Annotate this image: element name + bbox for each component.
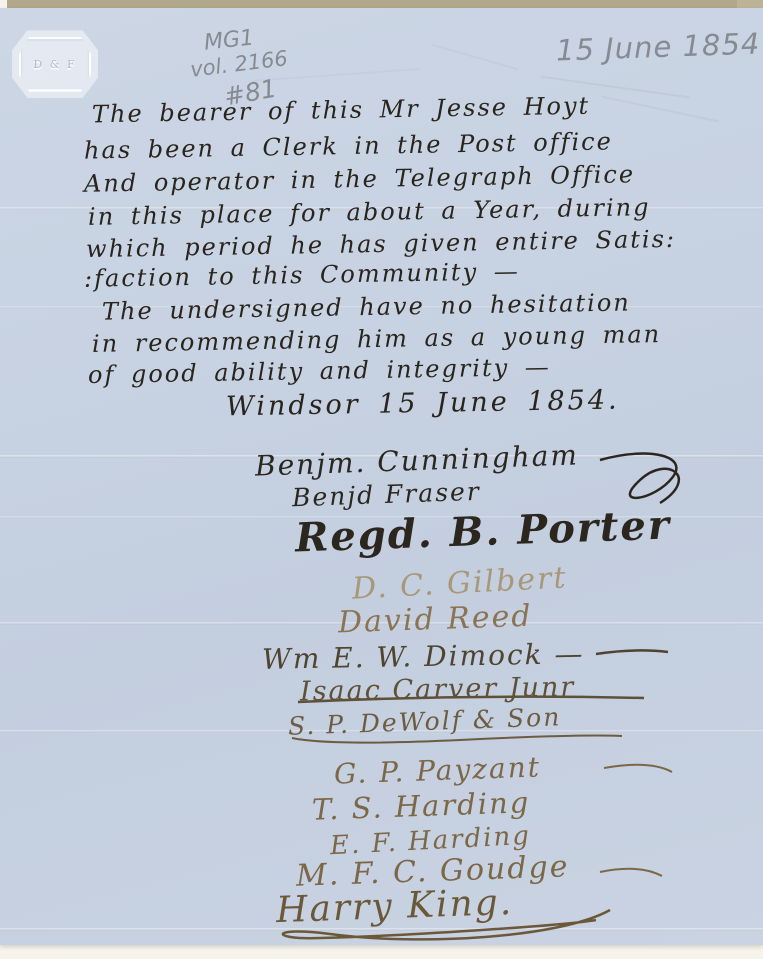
erased-pencil-mark [601, 96, 719, 123]
seal-text: D & F [33, 58, 76, 71]
letter-body-line: which period he has given entire Satis: [86, 225, 676, 263]
flourish-cunningham [600, 454, 679, 503]
signature-fraser: Benjd Fraser [292, 477, 482, 513]
signature-gilbert: D. C. Gilbert [351, 560, 568, 606]
signature-porter: Regd. B. Porter [294, 501, 671, 561]
pencil-date-note: 15 June 1854 [555, 26, 760, 67]
scanned-document: D & F MG1 vol. 2166 #81 15 June 1854 The… [0, 0, 763, 959]
letter-body-line: And operator in the Telegraph Office [84, 160, 635, 198]
letter-body-line: :faction to this Community — [84, 257, 520, 293]
signature-king: Harry King. [275, 882, 513, 931]
flourish-dimock-dash [596, 650, 668, 654]
letter-body-line: in recommending him as a young man [92, 320, 662, 358]
flourish-goudge-tail [600, 869, 662, 876]
paper-fold-line [0, 928, 763, 931]
letter-dateline: Windsor 15 June 1854. [226, 385, 620, 423]
embossed-seal: D & F [12, 30, 98, 98]
signature-reed: David Reed [337, 599, 533, 641]
signature-dimock: Wm E. W. Dimock — [262, 637, 585, 676]
signature-carver: Isaac Carver Junr [300, 672, 576, 708]
embossed-seal-border: D & F [19, 37, 91, 91]
letter-body-line: of good ability and integrity — [88, 353, 551, 389]
signature-ts-harding: T. S. Harding [311, 785, 530, 827]
signature-payzant: G. P. Payzant [333, 750, 541, 790]
letter-paper: D & F MG1 vol. 2166 #81 15 June 1854 The… [0, 8, 763, 945]
flourish-payzant-tail [604, 765, 672, 772]
signature-dewolf: S. P. DeWolf & Son [288, 702, 562, 741]
letter-body-line: in this place for about a Year, during [88, 193, 651, 231]
letter-body-line: The undersigned have no hesitation [102, 288, 631, 325]
erased-pencil-mark [431, 44, 518, 71]
letter-body-line: The bearer of this Mr Jesse Hoyt [92, 92, 591, 129]
signature-cunningham: Benjm. Cunningham [255, 438, 580, 482]
letter-body-line: has been a Clerk in the Post office [84, 127, 613, 164]
